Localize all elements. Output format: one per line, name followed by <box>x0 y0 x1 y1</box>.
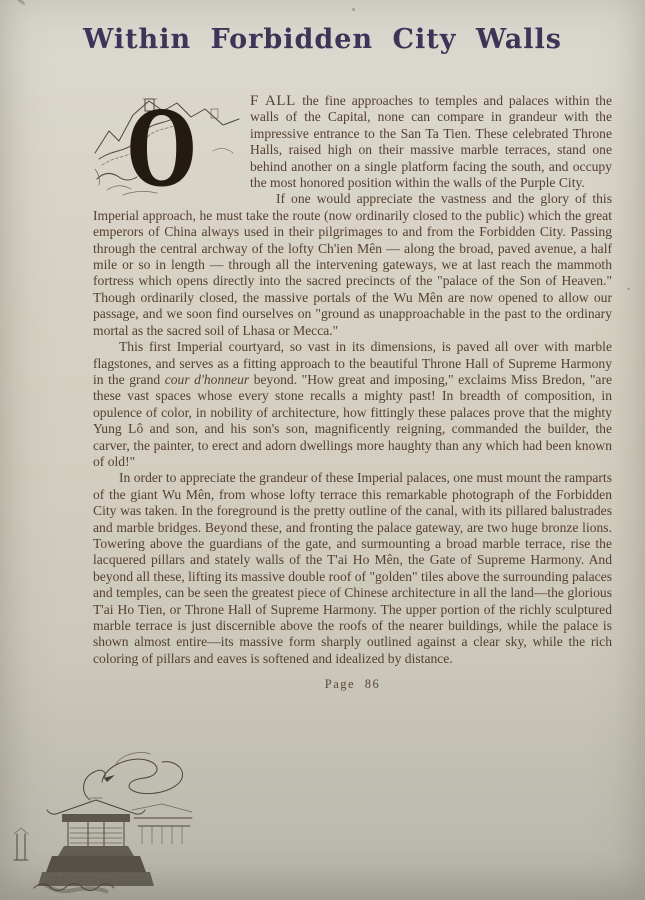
drop-cap-letter-O: O <box>127 99 196 201</box>
drop-cap-illustration: O <box>93 95 241 198</box>
paragraph-1-text: the fine approaches to temples and palac… <box>250 93 612 190</box>
incense-burner-crane-sketch-icon <box>4 748 196 900</box>
lead-small-caps: F ALL <box>250 93 302 109</box>
page-number: Page 86 <box>93 676 612 692</box>
body-text-block: O F ALL the fine approaches to temples a… <box>93 93 612 693</box>
paragraph-3-italic-phrase: cour d'honneur <box>165 372 249 387</box>
paragraph-4: In order to appreciate the grandeur of t… <box>93 470 612 667</box>
paragraph-2: If one would appreciate the vastness and… <box>93 191 612 339</box>
footer-illustration <box>4 748 196 900</box>
paper-speck <box>352 8 355 11</box>
page-title: Within Forbidden City Walls <box>0 0 645 55</box>
paragraph-3: This first Imperial courtyard, so vast i… <box>93 339 612 470</box>
book-page: Within Forbidden City Walls <box>0 0 645 900</box>
paragraph-1: O F ALL the fine approaches to temples a… <box>93 93 612 191</box>
paper-speck <box>627 288 630 290</box>
